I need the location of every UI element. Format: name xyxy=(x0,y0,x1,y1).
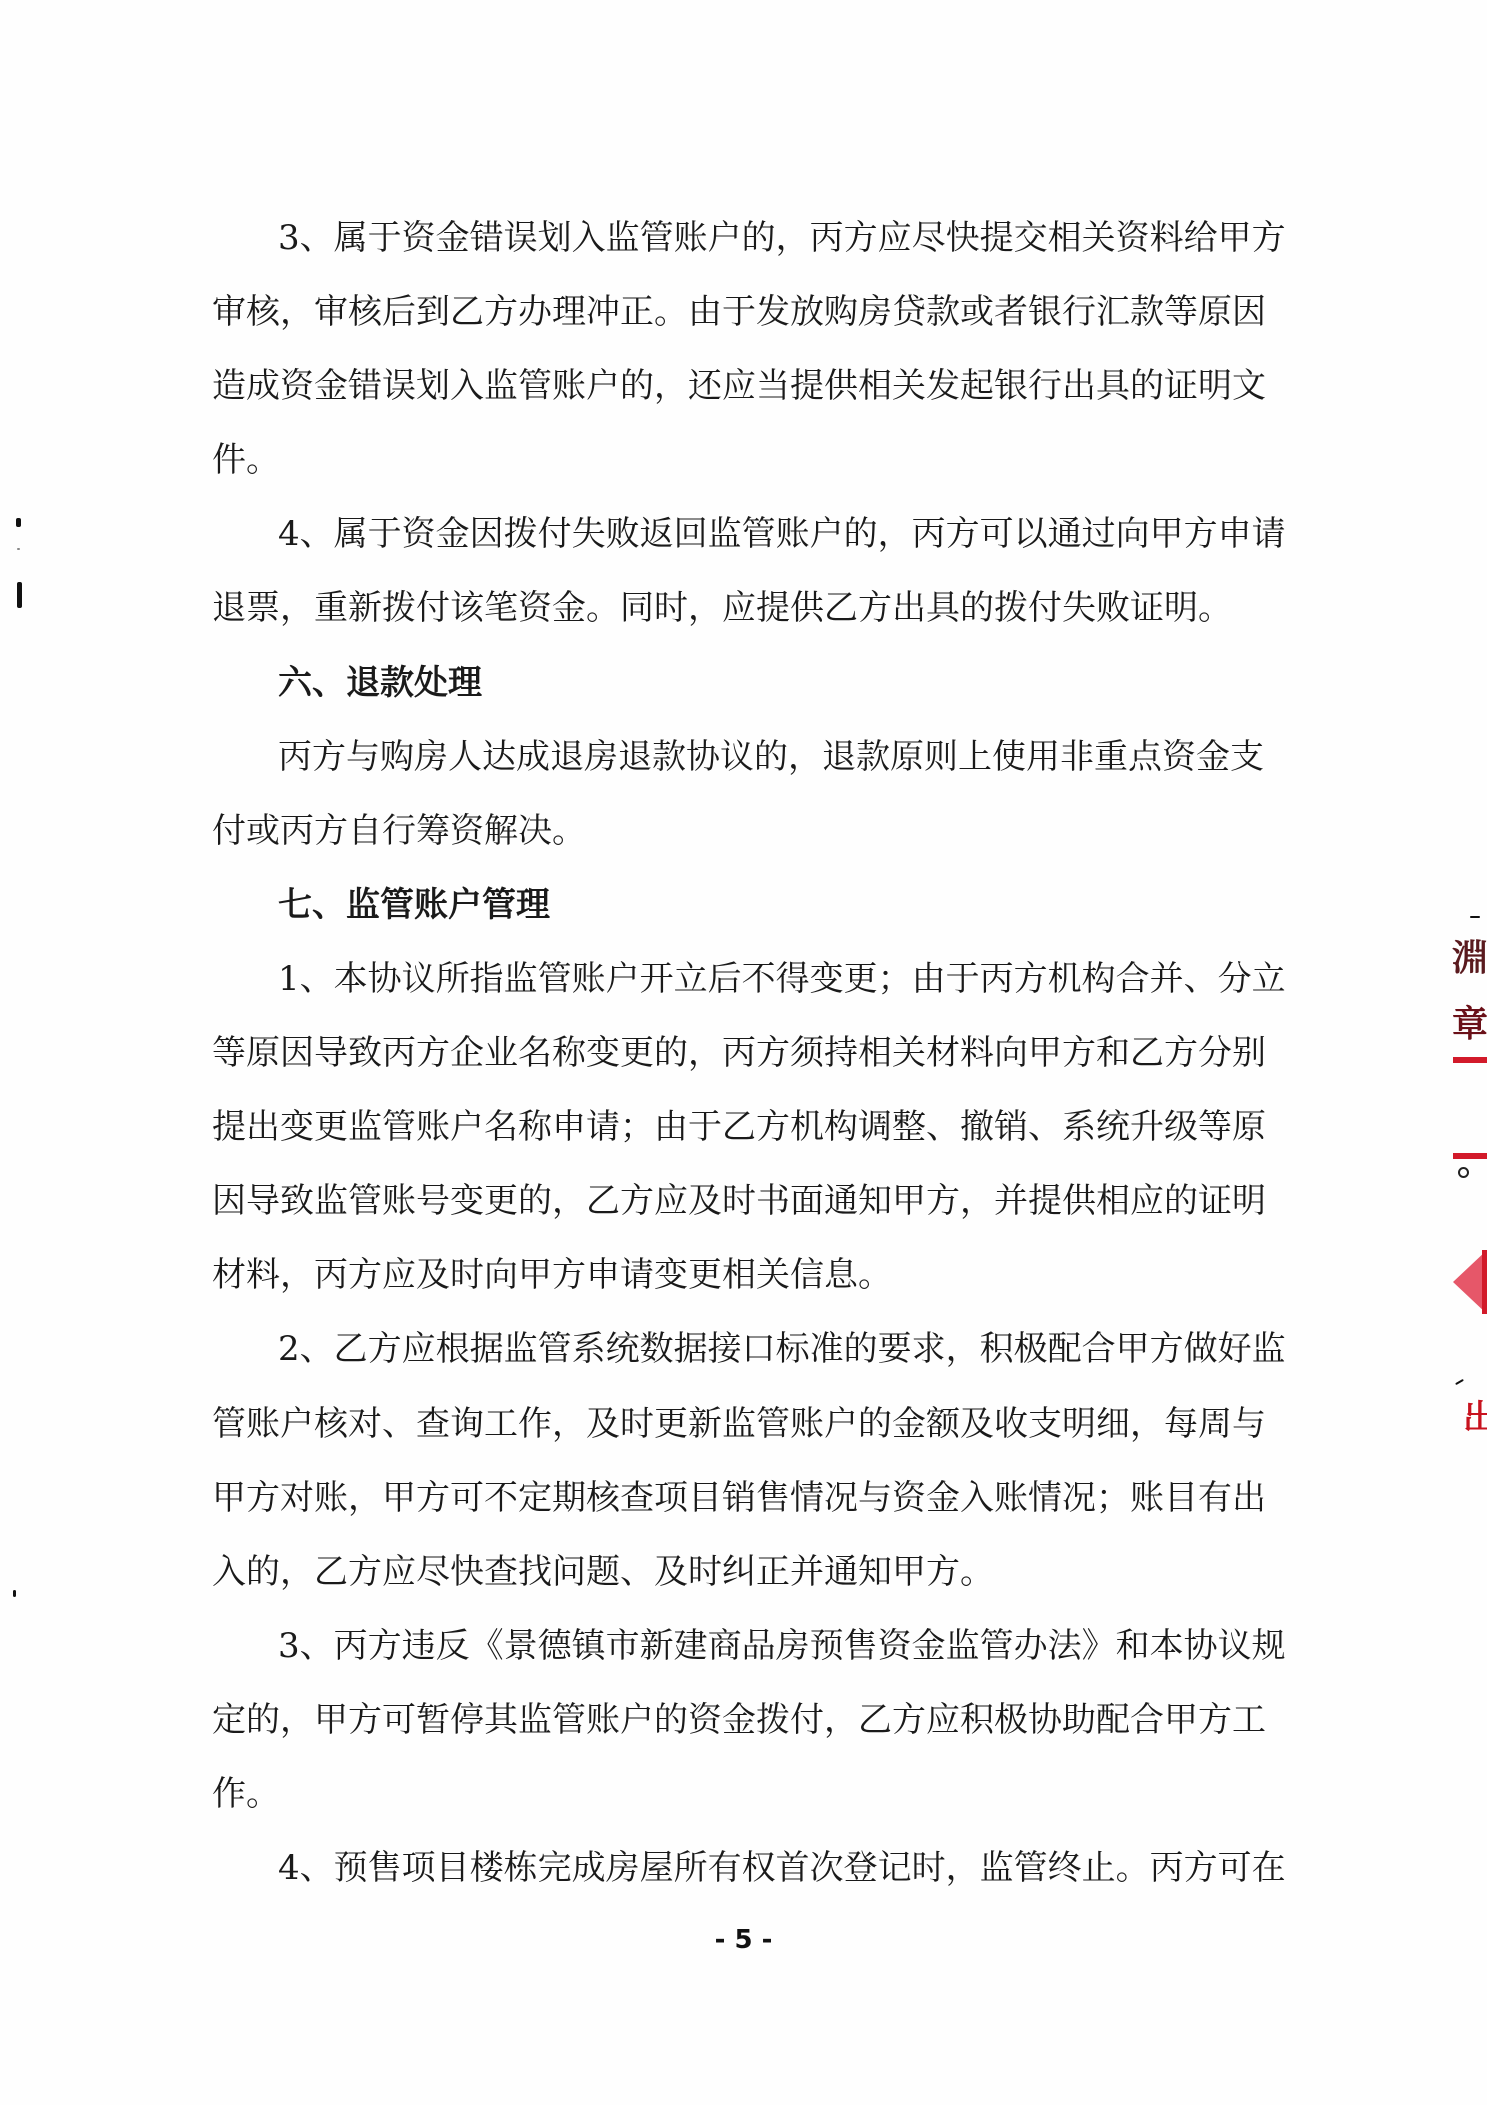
text-line: 3、丙方违反《景德镇市新建商品房预售资金监管办法》和本协议规 xyxy=(212,1609,1262,1683)
text-line: 作。 xyxy=(212,1757,1262,1831)
seal-fragment-3: 出 xyxy=(1463,1390,1487,1439)
seal-bar xyxy=(1482,1250,1487,1314)
scan-speck xyxy=(16,518,21,527)
seal-mark xyxy=(1455,1379,1464,1385)
seal-fragment-2: 章 xyxy=(1452,996,1487,1047)
seal-bar xyxy=(1453,1057,1487,1063)
scan-speck xyxy=(13,1590,16,1597)
text-line: 等原因导致丙方企业名称变更的，丙方须持相关材料向甲方和乙方分别 xyxy=(212,1016,1262,1090)
seal-mark xyxy=(1470,916,1480,918)
page-number: - 5 - xyxy=(0,1925,1487,1955)
section-heading: 六、退款处理 xyxy=(212,646,1262,720)
seal-mark xyxy=(1458,1167,1469,1178)
text-line: 造成资金错误划入监管账户的，还应当提供相关发起银行出具的证明文 xyxy=(212,349,1262,423)
text-line: 退票，重新拨付该笔资金。同时，应提供乙方出具的拨付失败证明。 xyxy=(212,571,1262,645)
text-line: 丙方与购房人达成退房退款协议的，退款原则上使用非重点资金支 xyxy=(212,720,1262,794)
text-line: 管账户核对、查询工作，及时更新监管账户的金额及收支明细，每周与 xyxy=(212,1387,1262,1461)
text-line: 件。 xyxy=(212,423,1262,497)
text-line: 提出变更监管账户名称申请；由于乙方机构调整、撤销、系统升级等原 xyxy=(212,1090,1262,1164)
text-line: 入的，乙方应尽快查找问题、及时纠正并通知甲方。 xyxy=(212,1535,1262,1609)
text-line: 因导致监管账号变更的，乙方应及时书面通知甲方，并提供相应的证明 xyxy=(212,1164,1262,1238)
text-line: 审核，审核后到乙方办理冲正。由于发放购房贷款或者银行汇款等原因 xyxy=(212,275,1262,349)
text-line: 付或丙方自行筹资解决。 xyxy=(212,794,1262,868)
seal-bar xyxy=(1453,1153,1487,1159)
scan-speck xyxy=(17,582,22,608)
text-line: 材料，丙方应及时向甲方申请变更相关信息。 xyxy=(212,1238,1262,1312)
text-line: 3、属于资金错误划入监管账户的，丙方应尽快提交相关资料给甲方 xyxy=(212,201,1262,275)
scan-speck xyxy=(17,548,20,550)
document-page: 3、属于资金错误划入监管账户的，丙方应尽快提交相关资料给甲方审核，审核后到乙方办… xyxy=(0,0,1487,2105)
section-heading: 七、监管账户管理 xyxy=(212,868,1262,942)
text-line: 4、预售项目楼栋完成房屋所有权首次登记时，监管终止。丙方可在 xyxy=(212,1831,1262,1905)
text-line: 甲方对账，甲方可不定期核查项目销售情况与资金入账情况；账目有出 xyxy=(212,1461,1262,1535)
text-line: 定的，甲方可暂停其监管账户的资金拨付，乙方应积极协助配合甲方工 xyxy=(212,1683,1262,1757)
text-line: 2、乙方应根据监管系统数据接口标准的要求，积极配合甲方做好监 xyxy=(212,1312,1262,1386)
text-line: 4、属于资金因拨付失败返回监管账户的，丙方可以通过向甲方申请 xyxy=(212,497,1262,571)
body-text: 3、属于资金错误划入监管账户的，丙方应尽快提交相关资料给甲方审核，审核后到乙方办… xyxy=(212,201,1262,1905)
seal-fragment-1: 淵 xyxy=(1452,930,1487,981)
text-line: 1、本协议所指监管账户开立后不得变更；由于丙方机构合并、分立 xyxy=(212,942,1262,1016)
